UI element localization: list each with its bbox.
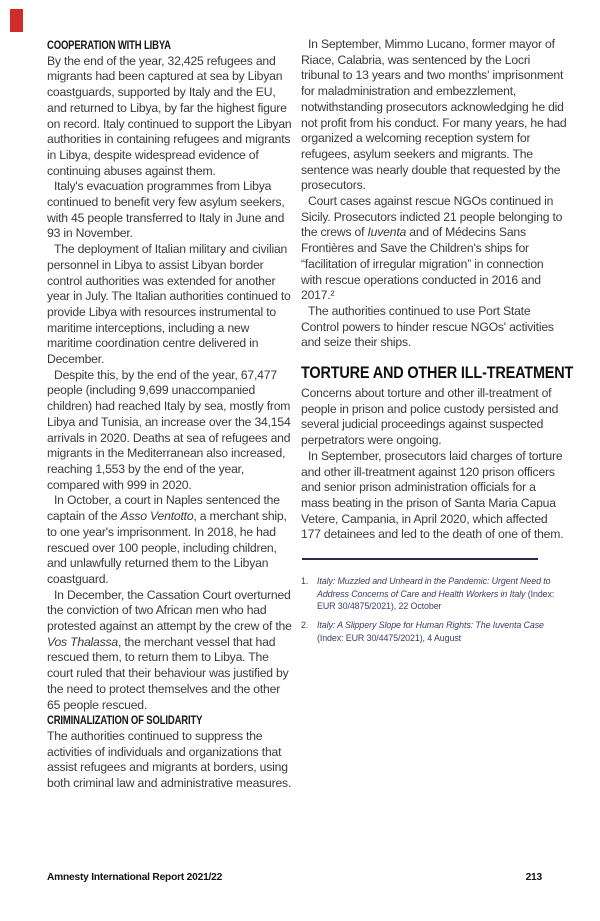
paragraph: Despite this, by the end of the year, 67… — [47, 368, 292, 494]
footnote-title-italic: Italy: A Slippery Slope for Human Rights… — [317, 620, 544, 630]
paragraph: In September, Mimmo Lucano, former mayor… — [301, 37, 567, 194]
page-number: 213 — [526, 872, 542, 883]
paragraph: In December, the Cassation Court overtur… — [47, 588, 292, 714]
footnote-number: 2. — [301, 619, 317, 644]
paragraph: The deployment of Italian military and c… — [47, 242, 292, 368]
heading-text: TORTURE AND OTHER ILL-TREATMENT — [301, 364, 573, 382]
text-run: In December, the Cassation Court overtur… — [47, 588, 292, 633]
paragraph: Concerns about torture and other ill-tre… — [301, 386, 567, 449]
footnote-title-italic: Italy: Muzzled and Unheard in the Pandem… — [317, 576, 550, 598]
paragraph: The authorities continued to suppress th… — [47, 729, 292, 792]
footnote-item: 2. Italy: A Slippery Slope for Human Rig… — [301, 619, 567, 644]
document-page: COOPERATION WITH LIBYA By the end of the… — [0, 0, 600, 921]
heading-criminalization-of-solidarity: CRIMINALIZATION OF SOLIDARITY — [47, 713, 292, 729]
heading-text: COOPERATION WITH LIBYA — [47, 38, 171, 54]
page-footer: Amnesty International Report 2021/22 213 — [47, 872, 542, 883]
paragraph: In September, prosecutors laid charges o… — [301, 449, 567, 543]
paragraph: The authorities continued to use Port St… — [301, 304, 567, 351]
paragraph: In October, a court in Naples sentenced … — [47, 493, 292, 587]
footnotes-section: 1. Italy: Muzzled and Unheard in the Pan… — [301, 558, 567, 644]
footnote-text: Italy: A Slippery Slope for Human Rights… — [317, 619, 567, 644]
left-column: COOPERATION WITH LIBYA By the end of the… — [47, 38, 292, 792]
ship-name-italic: Asso Ventotto — [121, 509, 194, 523]
paragraph: Italy's evacuation programmes from Libya… — [47, 179, 292, 242]
right-column: In September, Mimmo Lucano, former mayor… — [301, 37, 567, 651]
ship-name-italic: Iuventa — [368, 225, 407, 239]
paragraph: By the end of the year, 32,425 refugees … — [47, 54, 292, 180]
heading-cooperation-with-libya: COOPERATION WITH LIBYA — [47, 38, 292, 54]
footnote-number: 1. — [301, 575, 317, 612]
report-title: Amnesty International Report 2021/22 — [47, 872, 222, 883]
footnote-item: 1. Italy: Muzzled and Unheard in the Pan… — [301, 575, 567, 612]
footnote-index: (Index: EUR 30/4475/2021), 4 August — [317, 633, 461, 643]
footnote-divider — [302, 558, 538, 560]
paragraph: Court cases against rescue NGOs continue… — [301, 194, 567, 304]
ship-name-italic: Vos Thalassa — [47, 635, 118, 649]
heading-torture-and-other-ill-treatment: TORTURE AND OTHER ILL-TREATMENT — [301, 364, 567, 382]
red-corner-tab — [10, 9, 23, 32]
heading-text: CRIMINALIZATION OF SOLIDARITY — [47, 713, 202, 729]
footnote-text: Italy: Muzzled and Unheard in the Pandem… — [317, 575, 567, 612]
